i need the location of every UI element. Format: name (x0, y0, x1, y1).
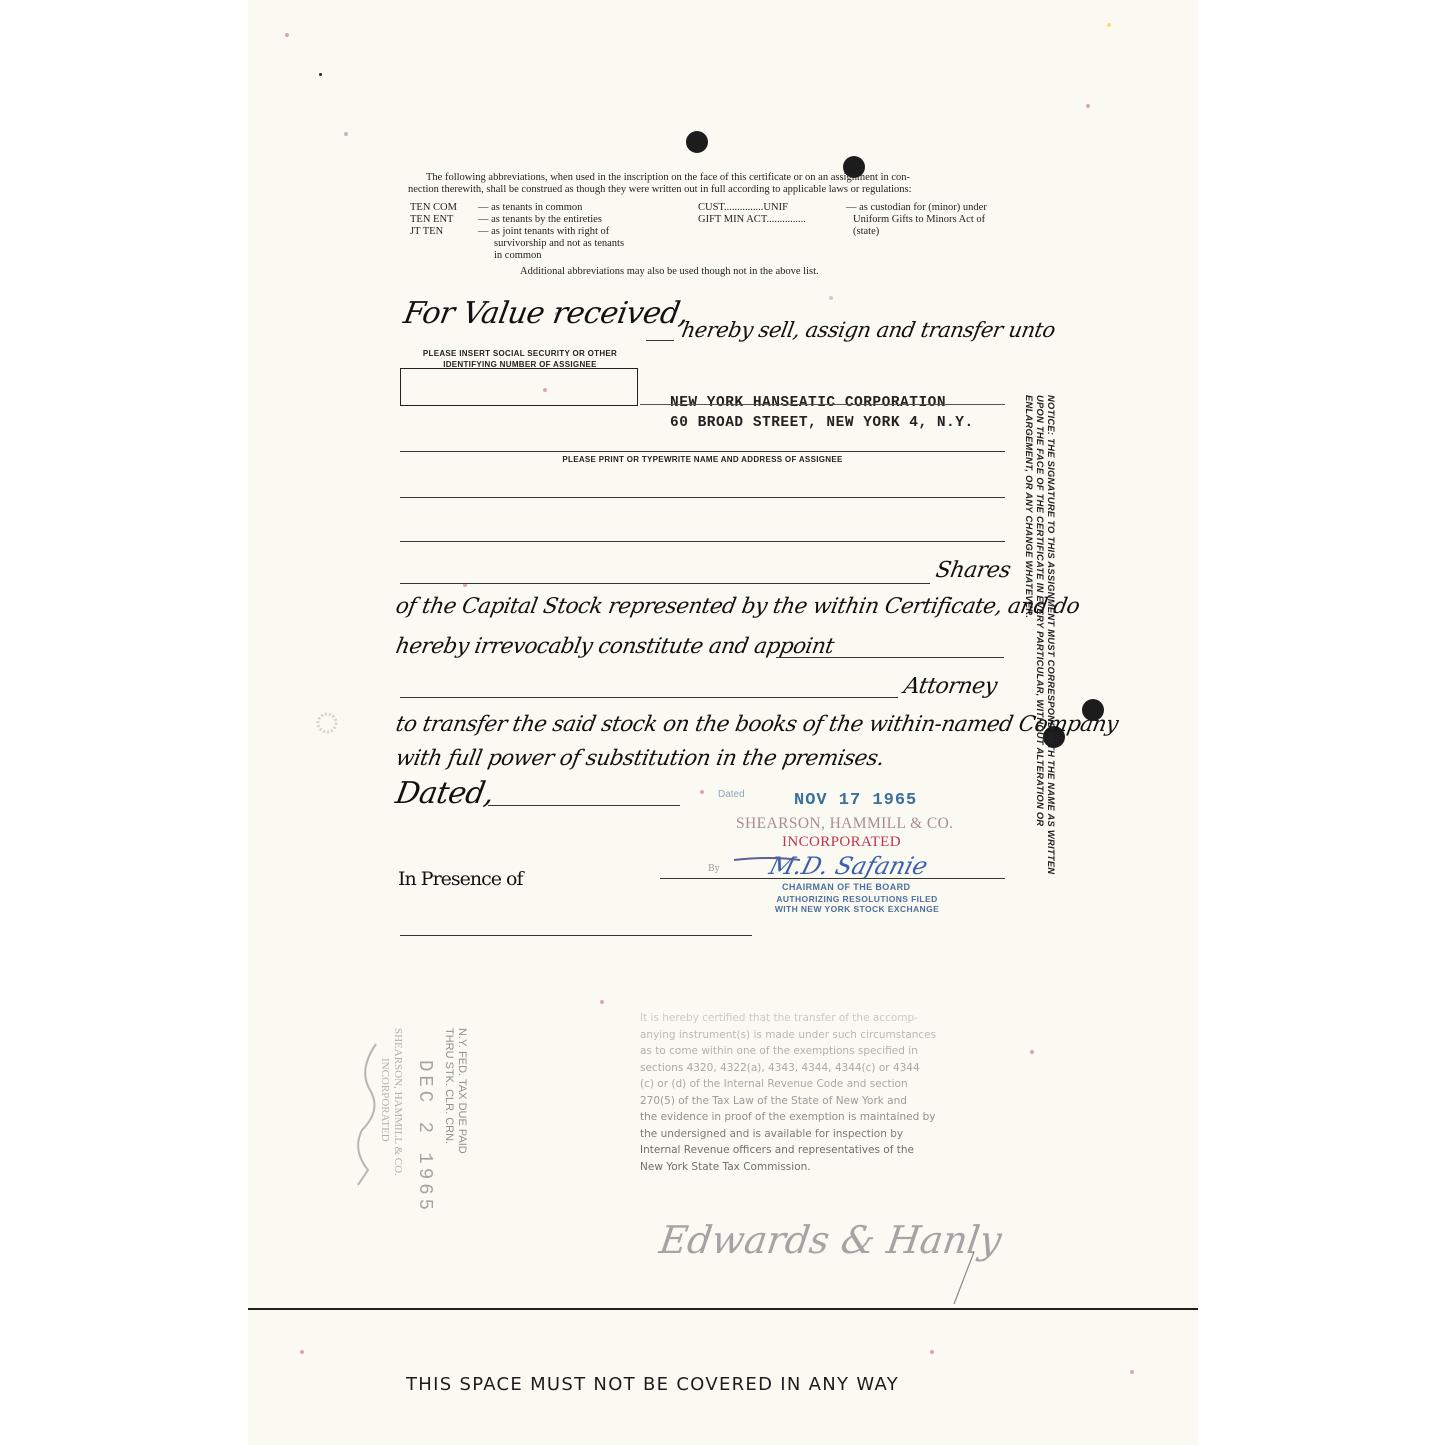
stamp-by: By (708, 864, 720, 874)
attorney-line (400, 697, 898, 698)
side-stamp-signature (348, 1040, 388, 1190)
abbreviations-intro: The following abbreviations, when used i… (408, 172, 1028, 196)
hereby-sell-text: hereby sell, assign and transfer unto (680, 318, 1057, 342)
stamp-firm: SHEARSON, HAMMILL & CO. (736, 815, 953, 833)
side-stamp-tax-paid: N.Y. FED. TAX DUE PAID THRU STK. CLR. CR… (442, 1028, 468, 1154)
presence-label: In Presence of (398, 868, 523, 890)
signature-notice: NOTICE: THE SIGNATURE TO THIS ASSIGNMENT… (1010, 395, 1056, 905)
assignee-name: NEW YORK HANSEATIC CORPORATION (670, 395, 946, 411)
assignee-line-3 (400, 541, 1005, 542)
appoint-line: hereby irrevocably constitute and appoin… (394, 634, 836, 659)
stamp-resolutions: AUTHORIZING RESOLUTIONS FILED WITH NEW Y… (752, 894, 962, 914)
signature-stroke (730, 854, 990, 884)
dated-label: Dated, (393, 776, 497, 811)
for-value-received: For Value received, (401, 296, 691, 331)
stamp-title: CHAIRMAN OF THE BOARD (782, 882, 910, 892)
dated-line (488, 805, 680, 806)
stamp-dated-prefix: Dated (718, 789, 745, 800)
presence-line (400, 935, 752, 936)
tax-signature-tail (950, 1250, 980, 1310)
bottom-rule (248, 1308, 1198, 1310)
assignee-label: PLEASE PRINT OR TYPEWRITE NAME AND ADDRE… (400, 455, 1005, 464)
stamp-date: NOV 17 1965 (794, 791, 917, 810)
signature-line (660, 878, 1005, 879)
abbreviations-note: Additional abbreviations may also be use… (520, 266, 819, 278)
punch-hole (686, 131, 708, 153)
faded-seal (312, 708, 342, 738)
assignee-line-1 (400, 451, 1005, 452)
attorney-word: Attorney (902, 674, 999, 699)
footer-warning: THIS SPACE MUST NOT BE COVERED IN ANY WA… (406, 1374, 899, 1395)
appoint-blank (776, 657, 1004, 658)
shares-word: Shares (934, 558, 1013, 583)
tax-certification: It is hereby certified that the transfer… (640, 1010, 1000, 1175)
shares-line (400, 583, 930, 584)
assignee-line-2 (400, 497, 1005, 498)
ssn-label: PLEASE INSERT SOCIAL SECURITY OR OTHER I… (400, 348, 640, 370)
capital-stock-line: of the Capital Stock represented by the … (394, 594, 1082, 619)
side-stamp-date: DEC 2 1965 (414, 1060, 436, 1214)
ssn-input-box[interactable] (400, 368, 638, 406)
substitution-line: with full power of substitution in the p… (394, 746, 886, 771)
assignee-address: 60 BROAD STREET, NEW YORK 4, N.Y. (670, 415, 974, 431)
stamp-incorporated: INCORPORATED (782, 834, 901, 851)
